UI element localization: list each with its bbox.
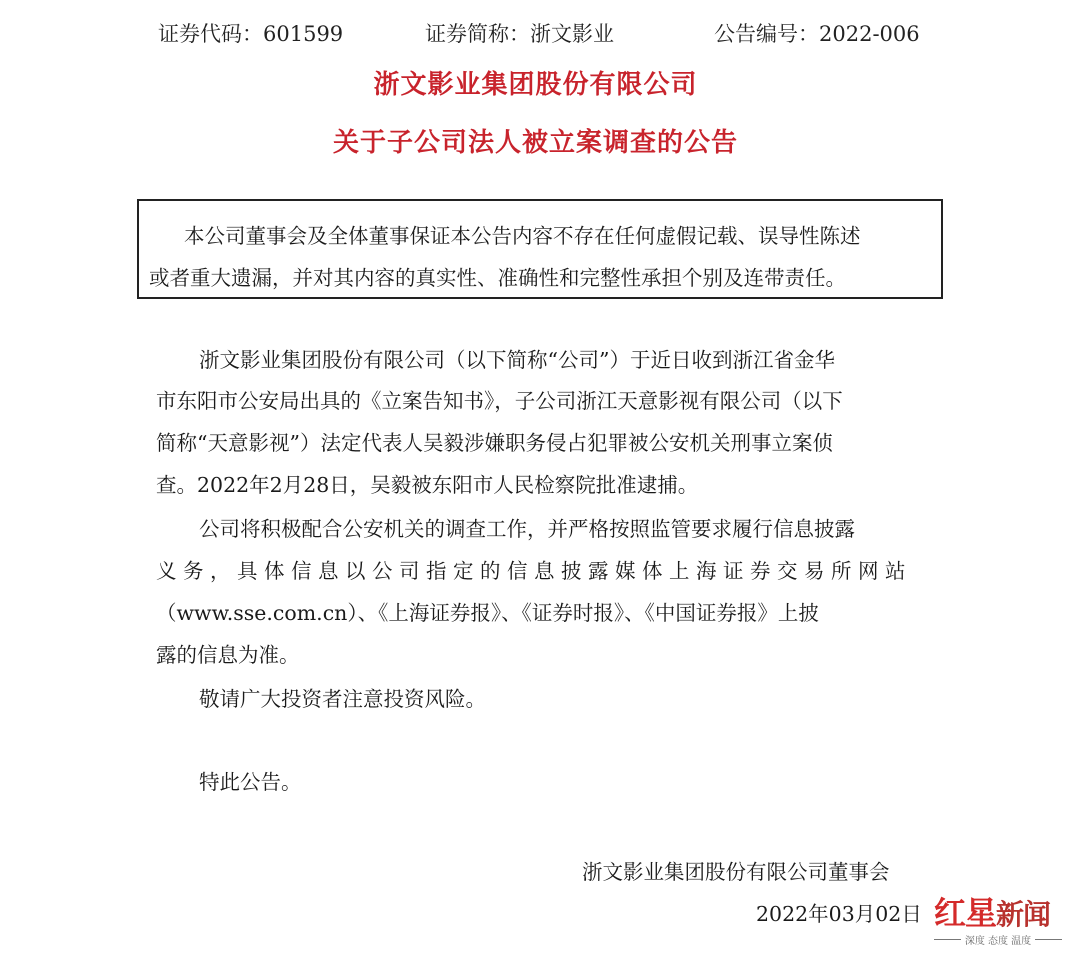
body-line: 简称“天意影视”）法定代表人吴毅涉嫌职务侵占犯罪被公安机关刑事立案侦: [156, 426, 833, 456]
body-line: （www.sse.com.cn）、《上海证券报》、《证券时报》、《中国证券报》上…: [156, 596, 819, 626]
disclaimer-box: 本公司董事会及全体董事保证本公告内容不存在任何虚假记载、误导性陈述 或者重大遗漏…: [137, 199, 943, 299]
watermark-logo: 红星新闻 深度 态度 温度: [934, 888, 1062, 950]
announcement-number: 公告编号：2022-006: [714, 18, 920, 48]
disclaimer-line-1: 本公司董事会及全体董事保证本公告内容不存在任何虚假记载、误导性陈述: [184, 219, 861, 249]
announcement-title: 关于子公司法人被立案调查的公告: [0, 122, 1071, 159]
watermark-brand-part2: 新闻: [996, 898, 1050, 931]
company-title: 浙文影业集团股份有限公司: [0, 64, 1071, 101]
body-line: 义务，具体信息以公司指定的信息披露媒体上海证券交易所网站: [156, 554, 912, 584]
security-abbreviation: 证券简称：浙文影业: [425, 18, 614, 48]
divider: [1035, 939, 1062, 940]
divider: [934, 939, 961, 940]
signature-date: 2022年03月02日: [756, 897, 922, 927]
disclaimer-line-2: 或者重大遗漏，并对其内容的真实性、准确性和完整性承担个别及连带责任。: [149, 261, 846, 291]
watermark-slogan: 深度 态度 温度: [934, 932, 1062, 947]
body-line: 浙文影业集团股份有限公司（以下简称“公司”）于近日收到浙江省金华: [199, 343, 835, 373]
signature-org: 浙文影业集团股份有限公司董事会: [582, 855, 890, 885]
security-code: 证券代码：601599: [158, 18, 343, 48]
watermark-slogan-text: 深度 态度 温度: [961, 932, 1035, 947]
body-line: 公司将积极配合公安机关的调查工作，并严格按照监管要求履行信息披露: [199, 512, 855, 542]
body-line: 查。2022年2月28日，吴毅被东阳市人民检察院批准逮捕。: [156, 468, 698, 498]
body-paragraph-4: 特此公告。: [199, 765, 302, 795]
body-line: 市东阳市公安局出具的《立案告知书》，子公司浙江天意影视有限公司（以下: [156, 384, 843, 414]
watermark-brand: 红星新闻: [934, 888, 1050, 934]
watermark-brand-part1: 红星: [934, 894, 996, 932]
body-paragraph-3: 敬请广大投资者注意投资风险。: [199, 682, 486, 712]
body-line: 露的信息为准。: [156, 638, 300, 668]
